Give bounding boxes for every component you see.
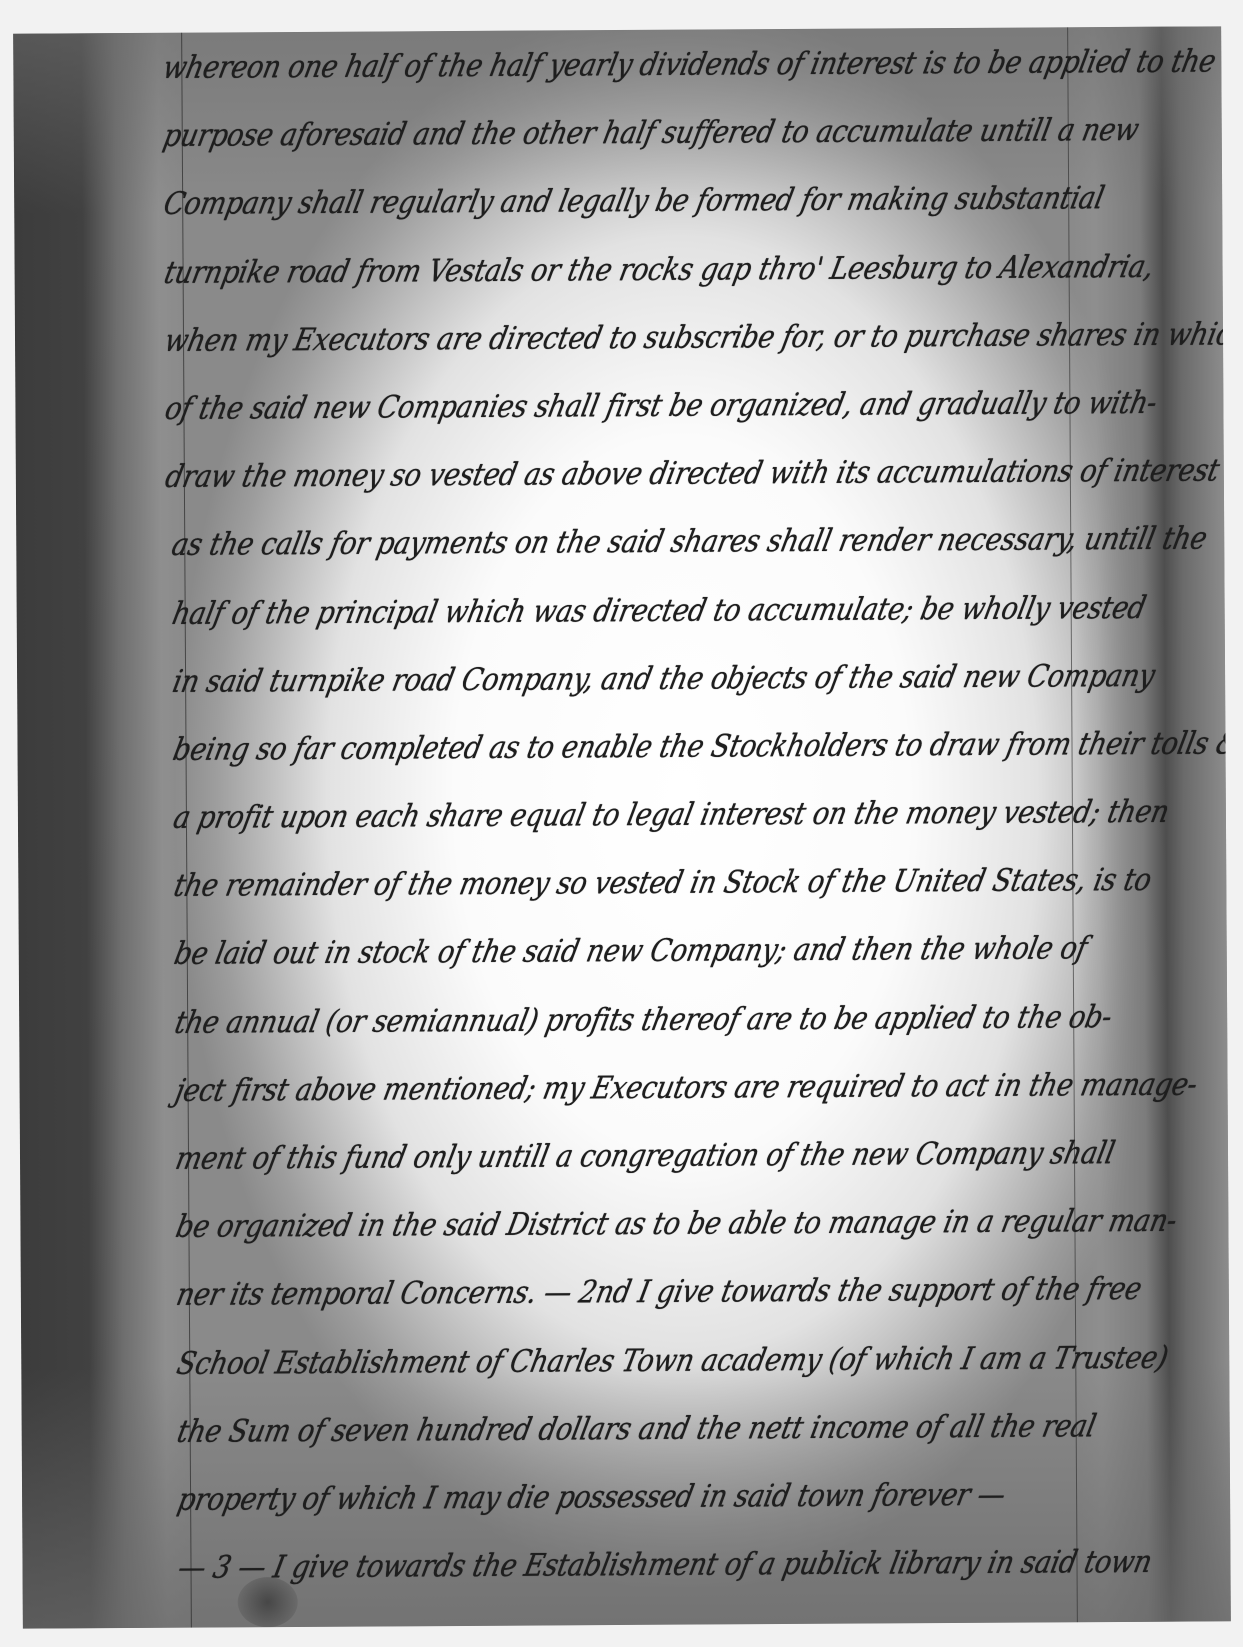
- manuscript-text: whereon one half of the half yearly divi…: [163, 29, 1093, 1603]
- manuscript-line: — 3 — I give towards the Establishment o…: [170, 1524, 1100, 1608]
- scanned-page: whereon one half of the half yearly divi…: [13, 26, 1231, 1628]
